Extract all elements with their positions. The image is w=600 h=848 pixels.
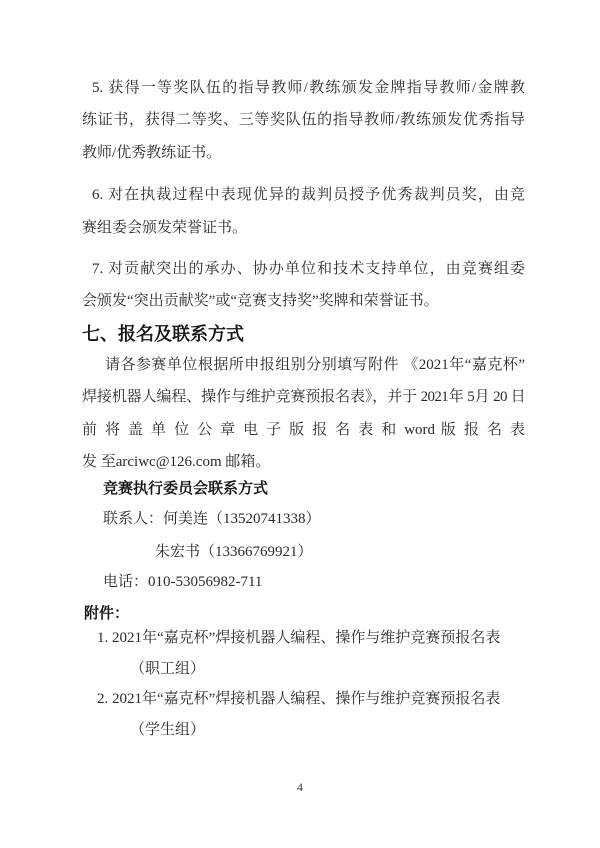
contact-person-2: 朱宏书（13366769921） bbox=[82, 536, 525, 569]
award-clause-7-line-1: 7. 对贡献突出的承办、协办单位和技术支持单位，由竞赛组委 bbox=[82, 253, 525, 286]
contact-person-1: 联系人：何美连（13520741338） bbox=[82, 503, 525, 536]
award-clause-6-line-1: 6. 对在执裁过程中表现优异的裁判员授予优秀裁判员奖，由竞 bbox=[82, 179, 525, 212]
contact-phone: 电话：010-53056982-711 bbox=[82, 566, 525, 599]
attachment-1-line-1: 1. 2021年“嘉克杯”焊接机器人编程、操作与维护竞赛预报名表 bbox=[82, 622, 525, 655]
contact-title: 竞赛执行委员会联系方式 bbox=[82, 473, 525, 506]
registration-para-line-1: 请各参赛单位根据所申报组别分别填写附件 《2021年“嘉克杯” bbox=[82, 349, 525, 382]
award-clause-5-line-3: 教师/优秀教练证书。 bbox=[82, 137, 525, 170]
registration-para-line-2: 焊接机器人编程、操作与维护竞赛预报名表》，并于 2021年 5月 20 日 bbox=[82, 381, 525, 414]
award-clause-6-line-2: 赛组委会颁发荣誉证书。 bbox=[82, 212, 525, 245]
award-clause-5-line-2: 练证书，获得二等奖、三等奖队伍的指导教师/教练颁发优秀指导 bbox=[82, 104, 525, 137]
attachment-1-group-label: （职工组） bbox=[82, 653, 525, 686]
document-body: 5. 获得一等奖队伍的指导教师/教练颁发金牌指导教师/金牌教 练证书，获得二等奖… bbox=[82, 0, 525, 848]
page-number: 4 bbox=[0, 779, 600, 795]
attachment-2-group-label: （学生组） bbox=[82, 714, 525, 747]
document-page: 5. 获得一等奖队伍的指导教师/教练颁发金牌指导教师/金牌教 练证书，获得二等奖… bbox=[0, 0, 600, 848]
registration-para-line-3: 前 将 盖 单 位 公 章 电 子 版 报 名 表 和 word 版 报 名 表 bbox=[82, 414, 525, 447]
attachment-2-line-1: 2. 2021年“嘉克杯”焊接机器人编程、操作与维护竞赛预报名表 bbox=[82, 683, 525, 716]
award-clause-5-line-1: 5. 获得一等奖队伍的指导教师/教练颁发金牌指导教师/金牌教 bbox=[82, 72, 525, 105]
section-heading-registration: 七、报名及联系方式 bbox=[82, 318, 525, 351]
award-clause-7-line-2: 会颁发“突出贡献奖”或“竞赛支持奖”奖牌和荣誉证书。 bbox=[82, 285, 525, 318]
